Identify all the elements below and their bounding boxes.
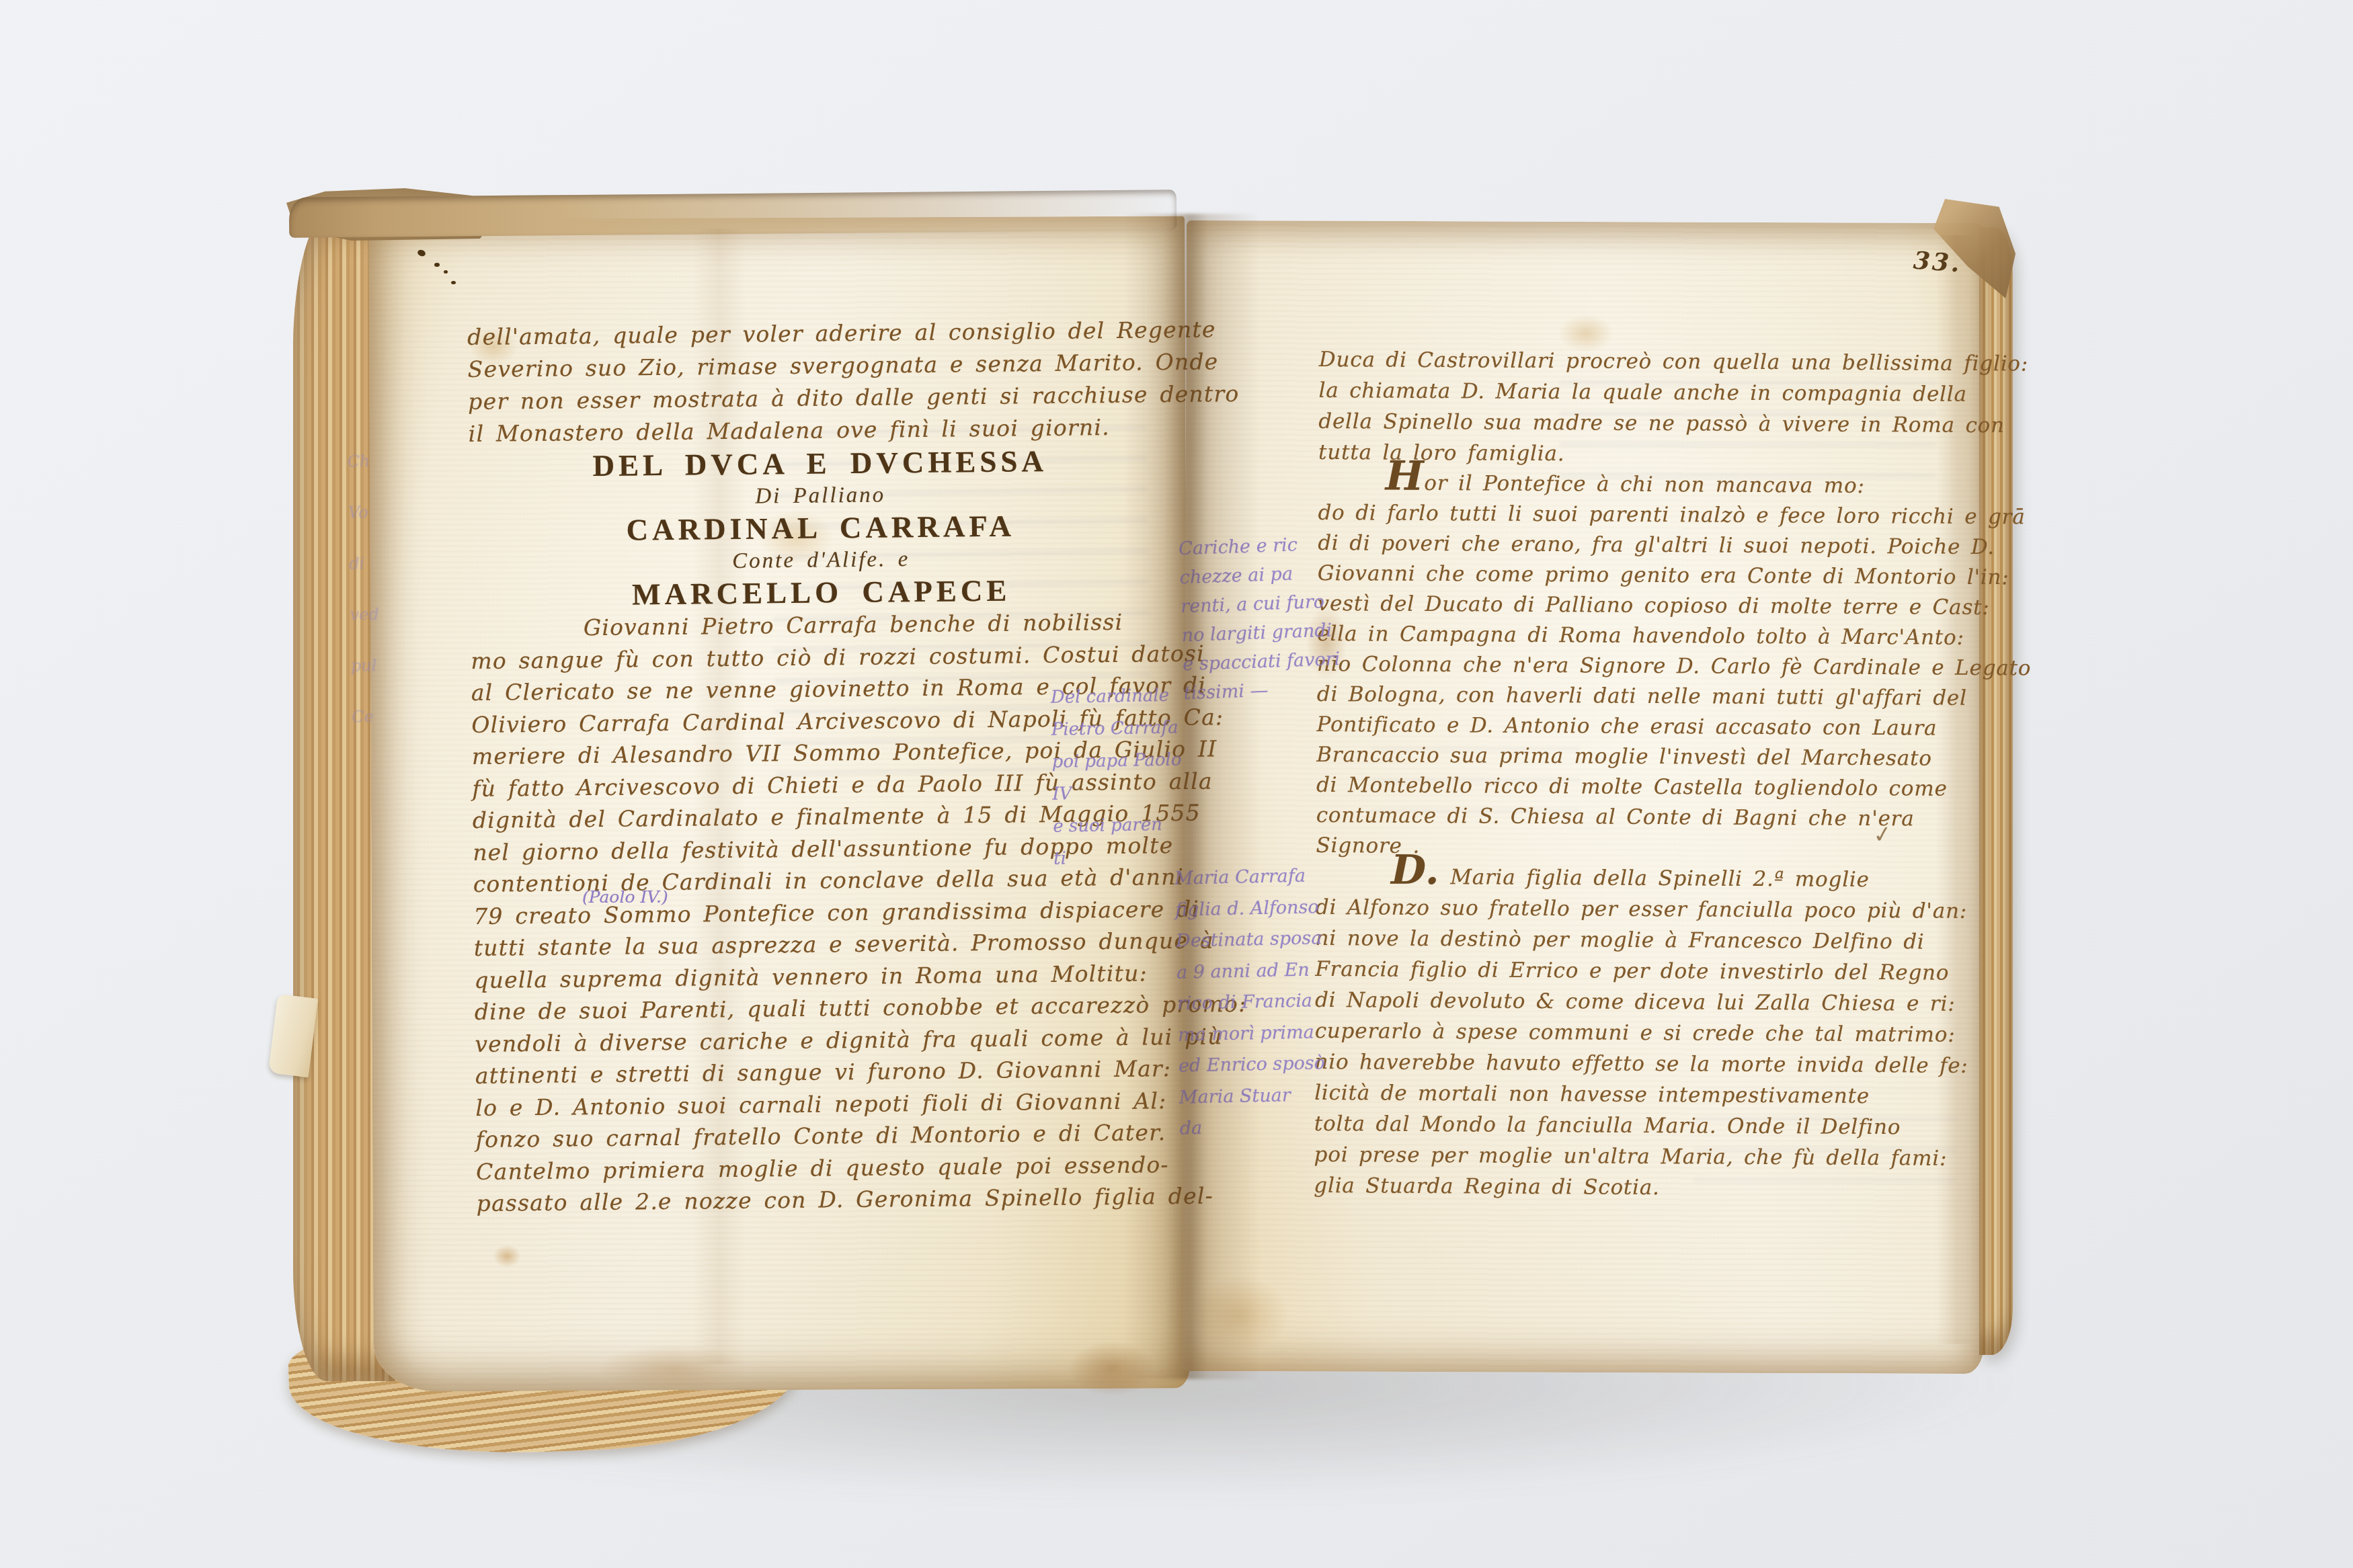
ink-speck: [444, 270, 448, 274]
manuscript-line: la chiamata D. Maria la quale anche in c…: [1318, 375, 1947, 410]
margin-note-line: ti: [1053, 840, 1192, 875]
margin-note-line: e suoi paren: [1053, 808, 1191, 843]
margin-note-line: rico di Francia: [1177, 985, 1349, 1020]
manuscript-line: Duca di Castrovillari procreò con quella…: [1319, 344, 1948, 379]
manuscript-line: di Alfonzo suo fratello per esser fanciu…: [1316, 892, 1944, 927]
right-page-text: Duca di Castrovillari procreò con quella…: [1314, 344, 1948, 1205]
interlinear-note: (Paolo IV.): [582, 887, 668, 907]
manuscript-line: poi prese per moglie un'altra Maria, che…: [1314, 1139, 1942, 1174]
faint-edge-note: Ch Vo di ved pul Ce: [347, 435, 416, 743]
manuscript-line: cuperarlo à spese communi e si crede che…: [1315, 1016, 1944, 1050]
margin-note-line: Vo: [348, 486, 412, 538]
manuscript-line: tolta dal Mondo la fanciulla Maria. Onde…: [1314, 1108, 1943, 1143]
margin-note-line: pul: [350, 639, 415, 692]
margin-note-maria-carrafa: Maria Carrafa figlia d. Alfonso Destinat…: [1174, 860, 1352, 1145]
manuscript-line: nio Colonna che n'era Signore D. Carlo f…: [1317, 649, 1946, 684]
margin-note-line: ma morì prima: [1178, 1016, 1350, 1051]
margin-note-line: e spacciati favori: [1183, 645, 1348, 679]
manuscript-line: di Napoli devoluto & come diceva lui Zal…: [1315, 985, 1944, 1020]
manuscript-line: di Montebello ricco di molte Castella to…: [1316, 770, 1945, 804]
margin-note-line: Del cardinale: [1051, 679, 1189, 714]
manuscript-line: di di poveri che erano, fra gl'altri li …: [1318, 528, 1946, 563]
ink-speck: [451, 281, 456, 284]
margin-note-line: di: [349, 537, 413, 589]
page-number: 33.: [1913, 247, 1962, 278]
parchment-cover-top-edge: [289, 190, 1176, 238]
manuscript-line: Francia figlio di Errico e per dote inve…: [1315, 954, 1944, 989]
ink-speck: [434, 263, 440, 267]
margin-note-line: Ce: [352, 690, 416, 743]
manuscript-line: Pontificato e D. Antonio che erasi accas…: [1316, 710, 1945, 744]
manuscript-line: D. Maria figlia della Spinelli 2.ª mogli…: [1316, 861, 1944, 896]
margin-note-line: tissimi —: [1183, 673, 1349, 708]
manuscript-line: contumace di S. Chiesa al Conte di Bagni…: [1316, 800, 1945, 835]
manuscript-line: vestì del Ducato di Palliano copioso di …: [1318, 589, 1946, 623]
margin-note-line: Ch: [347, 435, 411, 487]
margin-note-line: ed Enrico sposò: [1178, 1047, 1350, 1082]
manuscript-line: Giovanni che come primo genito era Conte…: [1318, 559, 1946, 593]
margin-note-line: Pietro Carrafa: [1051, 711, 1189, 746]
margin-note-cariche: Cariche e ric chezze ai pa renti, a cui …: [1179, 529, 1349, 708]
manuscript-line: do di farlo tutti li suoi parenti inalzò…: [1318, 498, 1946, 532]
photo-backdrop: dell'amata, quale per voler aderire al c…: [0, 0, 2353, 1568]
margin-note-line: figlia d. Alfonso: [1175, 891, 1347, 926]
margin-note-line: da: [1179, 1110, 1351, 1145]
margin-note-cardinal-carrafa: Del cardinale Pietro Carrafa poi papa Pa…: [1051, 679, 1192, 875]
margin-note-line: poi papa Paolo IV: [1051, 743, 1191, 811]
manuscript-line: licità de mortali non havesse intempesti…: [1314, 1077, 1943, 1112]
margin-note-line: a 9 anni ad En: [1176, 954, 1349, 989]
margin-note-line: Maria Carrafa: [1174, 860, 1347, 895]
margin-note-line: ved: [350, 588, 414, 641]
right-page-edge-stack: [1979, 227, 2013, 1355]
manuscript-line: glia Stuarda Regina di Scotia.: [1314, 1170, 1942, 1205]
margin-note-line: Destinata sposa: [1176, 922, 1348, 957]
manuscript-line: ni nove la destinò per moglie à Francesc…: [1315, 923, 1944, 958]
check-mark: ✓: [1871, 820, 1894, 850]
manuscript-line: Hor il Pontefice à chi non mancava mo:: [1318, 468, 1947, 502]
manuscript-line: della Spinello sua madre se ne passò à v…: [1318, 406, 1947, 441]
manuscript-line: Brancaccio sua prima moglie l'investì de…: [1316, 740, 1945, 774]
margin-note-line: Maria Stuar: [1179, 1079, 1351, 1114]
manuscript-line: nio haverebbe havuto effetto se la morte…: [1314, 1046, 1943, 1081]
manuscript-line: di Bologna, con haverli dati nelle mani …: [1317, 679, 1946, 714]
manuscript-line: ella in Campagna di Roma havendolo tolto…: [1317, 619, 1946, 653]
